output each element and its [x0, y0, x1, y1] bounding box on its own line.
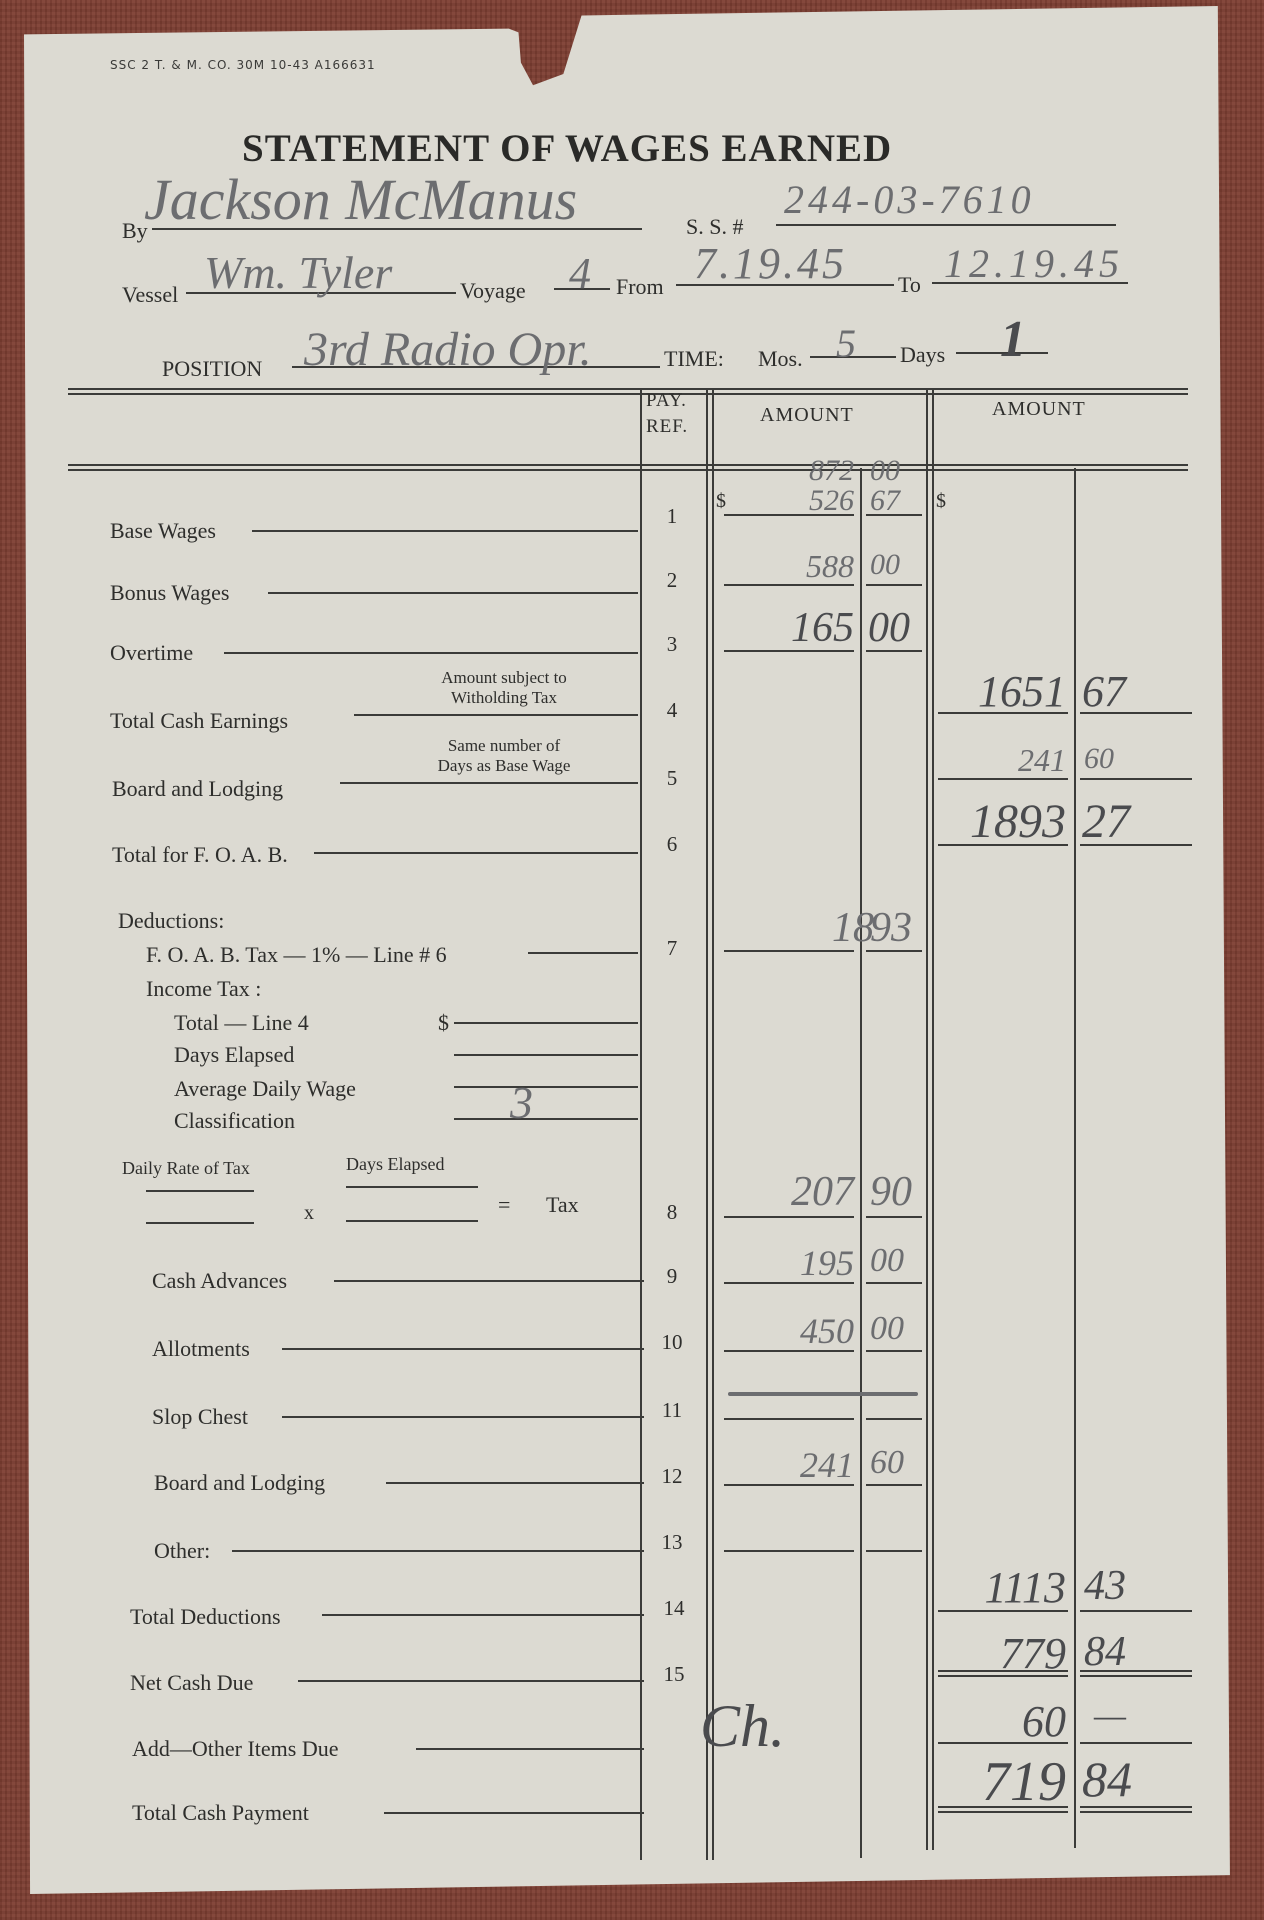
deductions-heading: Deductions:: [118, 908, 224, 934]
col-rule-amount1-left-a: [706, 390, 708, 1860]
line-underline: [322, 1614, 644, 1616]
line-underline: [252, 530, 638, 532]
base-wages-alt-amount[interactable]: 872: [724, 454, 854, 488]
line-underline: [268, 592, 638, 594]
note-withholding: Amount subject to Witholding Tax: [404, 668, 604, 708]
line-underline: [386, 1482, 644, 1484]
overtime-amount[interactable]: 165: [724, 604, 854, 652]
initials[interactable]: Ch.: [700, 1692, 785, 1761]
amount-double-underline: [938, 1670, 1068, 1677]
amount-underline: [724, 514, 854, 516]
cents-underline: [866, 1484, 922, 1486]
cents-underline: [1080, 712, 1192, 714]
bonus-wages-cents[interactable]: 00: [870, 548, 900, 582]
cash-advances-cents[interactable]: 00: [870, 1242, 904, 1280]
daily-rate-top-line: [146, 1190, 254, 1192]
avg-daily-wage-label: Average Daily Wage: [174, 1076, 356, 1102]
line-underline: [224, 652, 638, 654]
bonus-wages-amount[interactable]: 588: [724, 548, 854, 585]
wage-statement-form: SSC 2 T. & M. CO. 30M 10-43 A166631 STAT…: [24, 6, 1236, 1894]
total-deductions-amount[interactable]: 1113: [936, 1562, 1066, 1613]
cents-underline: [866, 650, 922, 652]
cents-underline: [866, 1350, 922, 1352]
amount-underline: [938, 1610, 1068, 1612]
mos-label: Mos.: [758, 346, 803, 372]
dollar-sign-2: $: [936, 490, 946, 513]
cents-underline: [866, 1550, 922, 1552]
col-rule-amount2-cents: [1074, 468, 1076, 1848]
total-line4-dollar: $: [438, 1010, 449, 1036]
line-ref-5: 5: [652, 766, 692, 791]
line-ref-2: 2: [652, 568, 692, 593]
income-tax-amount[interactable]: 207: [724, 1168, 854, 1216]
line-underline: [232, 1550, 644, 1552]
line-label-overtime: Overtime: [110, 640, 193, 666]
formula-days-elapsed-label: Days Elapsed: [346, 1154, 444, 1175]
foab-tax-cents[interactable]: 93: [870, 904, 912, 952]
line-ref-12: 12: [652, 1464, 692, 1489]
line-label-cash-advances: Cash Advances: [152, 1268, 287, 1294]
foab-tax-amount[interactable]: 18: [724, 904, 874, 952]
amount-underline: [724, 650, 854, 652]
line-underline: [340, 782, 638, 784]
line-underline: [298, 1680, 644, 1682]
position-label: POSITION: [162, 356, 262, 382]
col-rule-amount1-left-b: [712, 390, 714, 1860]
amount-double-underline: [938, 1806, 1068, 1813]
net-cash-due-cents[interactable]: 84: [1084, 1628, 1126, 1676]
amount-underline: [724, 1418, 854, 1420]
line-label-total-foab: Total for F. O. A. B.: [112, 842, 288, 868]
total-line4-label: Total — Line 4: [174, 1010, 309, 1036]
line-ref-8: 8: [652, 1200, 692, 1225]
days-value[interactable]: 1: [1000, 310, 1026, 369]
cents-underline: [866, 514, 922, 516]
amount-underline: [724, 1484, 854, 1486]
cents-underline: [866, 1216, 922, 1218]
line-ref-9: 9: [652, 1264, 692, 1289]
line-label-slop-chest: Slop Chest: [152, 1404, 248, 1430]
base-wages-alt-cents[interactable]: 00: [870, 454, 900, 488]
total-deductions-cents[interactable]: 43: [1084, 1562, 1126, 1610]
line-label-total-deductions: Total Deductions: [130, 1604, 281, 1630]
line-ref-1: 1: [652, 504, 692, 529]
line-ref-14: 14: [654, 1596, 694, 1621]
col-rule-amount2-left-a: [926, 390, 928, 1850]
other-items-cents[interactable]: —: [1094, 1694, 1126, 1736]
total-cash-payment-amount[interactable]: 719: [936, 1750, 1066, 1814]
amount-underline: [724, 1216, 854, 1218]
days-elapsed-bottom-line: [346, 1220, 478, 1222]
from-label: From: [616, 274, 664, 300]
slop-chest-dash-mark: [728, 1392, 918, 1396]
equals-sign: =: [498, 1192, 510, 1218]
line-ref-15: 15: [654, 1662, 694, 1687]
table-header-bottom-rule: [68, 464, 1188, 471]
to-label: To: [898, 272, 921, 298]
note-same-days: Same number of Days as Base Wage: [404, 736, 604, 776]
cash-advances-amount[interactable]: 195: [724, 1242, 854, 1284]
board-lodging-cents[interactable]: 60: [1084, 742, 1114, 776]
cents-underline: [1080, 844, 1192, 846]
line-ref-10: 10: [652, 1330, 692, 1355]
cents-underline: [866, 950, 922, 952]
line-ref-3: 3: [652, 632, 692, 657]
from-value[interactable]: 7.19.45: [694, 238, 847, 289]
cents-double-underline: [1080, 1670, 1192, 1677]
amount-underline: [938, 1742, 1068, 1744]
line-label-foab-tax: F. O. A. B. Tax — 1% — Line # 6: [146, 942, 447, 968]
amount-header-1: AMOUNT: [760, 404, 854, 427]
amount-underline: [724, 584, 854, 586]
line-label-net-cash-due: Net Cash Due: [130, 1670, 253, 1696]
base-wages-amount[interactable]: 526: [724, 484, 854, 518]
total-foab-cents[interactable]: 27: [1082, 794, 1130, 849]
daily-rate-bottom-line: [146, 1222, 254, 1224]
voyage-value[interactable]: 4: [569, 248, 591, 299]
line-label-base-wages: Base Wages: [110, 518, 216, 544]
line-underline: [314, 852, 638, 854]
line-underline: [282, 1348, 644, 1350]
tax-label: Tax: [546, 1192, 579, 1218]
income-tax-cents[interactable]: 90: [870, 1168, 912, 1216]
ss-value[interactable]: 244-03-7610: [784, 176, 1035, 223]
cents-underline: [1080, 1610, 1192, 1612]
classification-label: Classification: [174, 1108, 295, 1134]
classification-underline: [454, 1118, 638, 1120]
amount-underline: [938, 712, 1068, 714]
total-foab-amount[interactable]: 1893: [936, 794, 1066, 849]
col-rule-amount1-cents: [860, 468, 862, 1858]
line-underline: [354, 714, 638, 716]
mos-value[interactable]: 5: [836, 320, 856, 367]
board-lodging-deduction-amount[interactable]: 241: [724, 1444, 854, 1486]
col-rule-amount2-left-b: [932, 390, 934, 1850]
amount-underline: [938, 844, 1068, 846]
daily-rate-label: Daily Rate of Tax: [122, 1158, 250, 1179]
line-underline: [384, 1812, 644, 1814]
line-ref-11: 11: [652, 1398, 692, 1423]
cents-underline: [866, 1282, 922, 1284]
line-underline: [334, 1280, 644, 1282]
amount-underline: [724, 1282, 854, 1284]
overtime-cents[interactable]: 00: [868, 604, 910, 652]
total-cash-payment-cents[interactable]: 84: [1082, 1750, 1132, 1808]
amount-underline: [938, 778, 1068, 780]
line-ref-4: 4: [652, 698, 692, 723]
pay-ref-header: PAY. REF.: [646, 388, 688, 440]
line-label-board-lodging-deduction: Board and Lodging: [154, 1470, 325, 1496]
line-underline: [528, 952, 638, 954]
classification-value[interactable]: 3: [510, 1076, 533, 1129]
print-code: SSC 2 T. & M. CO. 30M 10-43 A166631: [110, 58, 376, 72]
cents-underline: [1080, 778, 1192, 780]
days-label: Days: [900, 342, 945, 368]
line-label-bonus-wages: Bonus Wages: [110, 580, 229, 606]
line-ref-7: 7: [652, 936, 692, 961]
board-lodging-deduction-cents[interactable]: 60: [870, 1444, 904, 1482]
days-elapsed-label: Days Elapsed: [174, 1042, 294, 1068]
vessel-label: Vessel: [122, 282, 178, 308]
line-label-other: Other:: [154, 1538, 210, 1564]
ss-underline: [776, 224, 1116, 226]
ss-label: S. S. #: [686, 214, 743, 240]
line-label-total-cash-earnings: Total Cash Earnings: [110, 708, 288, 734]
cents-underline: [866, 584, 922, 586]
allotments-amount[interactable]: 450: [724, 1310, 854, 1352]
col-rule-payref-left: [640, 390, 642, 1860]
to-value[interactable]: 12.19.45: [944, 240, 1124, 287]
board-lodging-amount[interactable]: 241: [936, 742, 1066, 779]
allotments-cents[interactable]: 00: [870, 1310, 904, 1348]
form-title: STATEMENT OF WAGES EARNED: [242, 126, 892, 171]
line-label-add-other-items: Add—Other Items Due: [132, 1736, 339, 1762]
avg-daily-wage-underline: [454, 1086, 638, 1088]
vessel-value[interactable]: Wm. Tyler: [204, 246, 392, 299]
cents-double-underline: [1080, 1806, 1192, 1813]
total-line4-underline: [454, 1022, 638, 1024]
line-label-allotments: Allotments: [152, 1336, 250, 1362]
days-elapsed-top-line: [346, 1186, 478, 1188]
position-value[interactable]: 3rd Radio Opr.: [304, 322, 592, 377]
line-ref-13: 13: [652, 1530, 692, 1555]
total-cash-earnings-amount[interactable]: 1651: [936, 666, 1066, 717]
line-label-board-lodging: Board and Lodging: [112, 776, 283, 802]
voyage-label: Voyage: [460, 278, 526, 304]
amount-header-2: AMOUNT: [992, 398, 1086, 421]
days-elapsed-underline: [454, 1054, 638, 1056]
income-tax-label: Income Tax :: [146, 976, 261, 1002]
by-value[interactable]: Jackson McManus: [144, 166, 577, 233]
cents-underline: [866, 1418, 922, 1420]
line-label-total-cash-payment: Total Cash Payment: [132, 1800, 309, 1826]
times-sign: x: [304, 1202, 314, 1225]
other-items-amount[interactable]: 60: [936, 1696, 1066, 1747]
amount-underline: [724, 950, 854, 952]
amount-underline: [724, 1550, 854, 1552]
line-ref-6: 6: [652, 832, 692, 857]
total-cash-earnings-cents[interactable]: 67: [1082, 666, 1126, 717]
cents-underline: [1080, 1742, 1192, 1744]
line-underline: [416, 1748, 644, 1750]
table-top-rule: [68, 388, 1188, 395]
time-label: TIME:: [664, 346, 724, 372]
amount-underline: [724, 1350, 854, 1352]
line-underline: [282, 1416, 644, 1418]
base-wages-cents[interactable]: 67: [870, 484, 900, 518]
